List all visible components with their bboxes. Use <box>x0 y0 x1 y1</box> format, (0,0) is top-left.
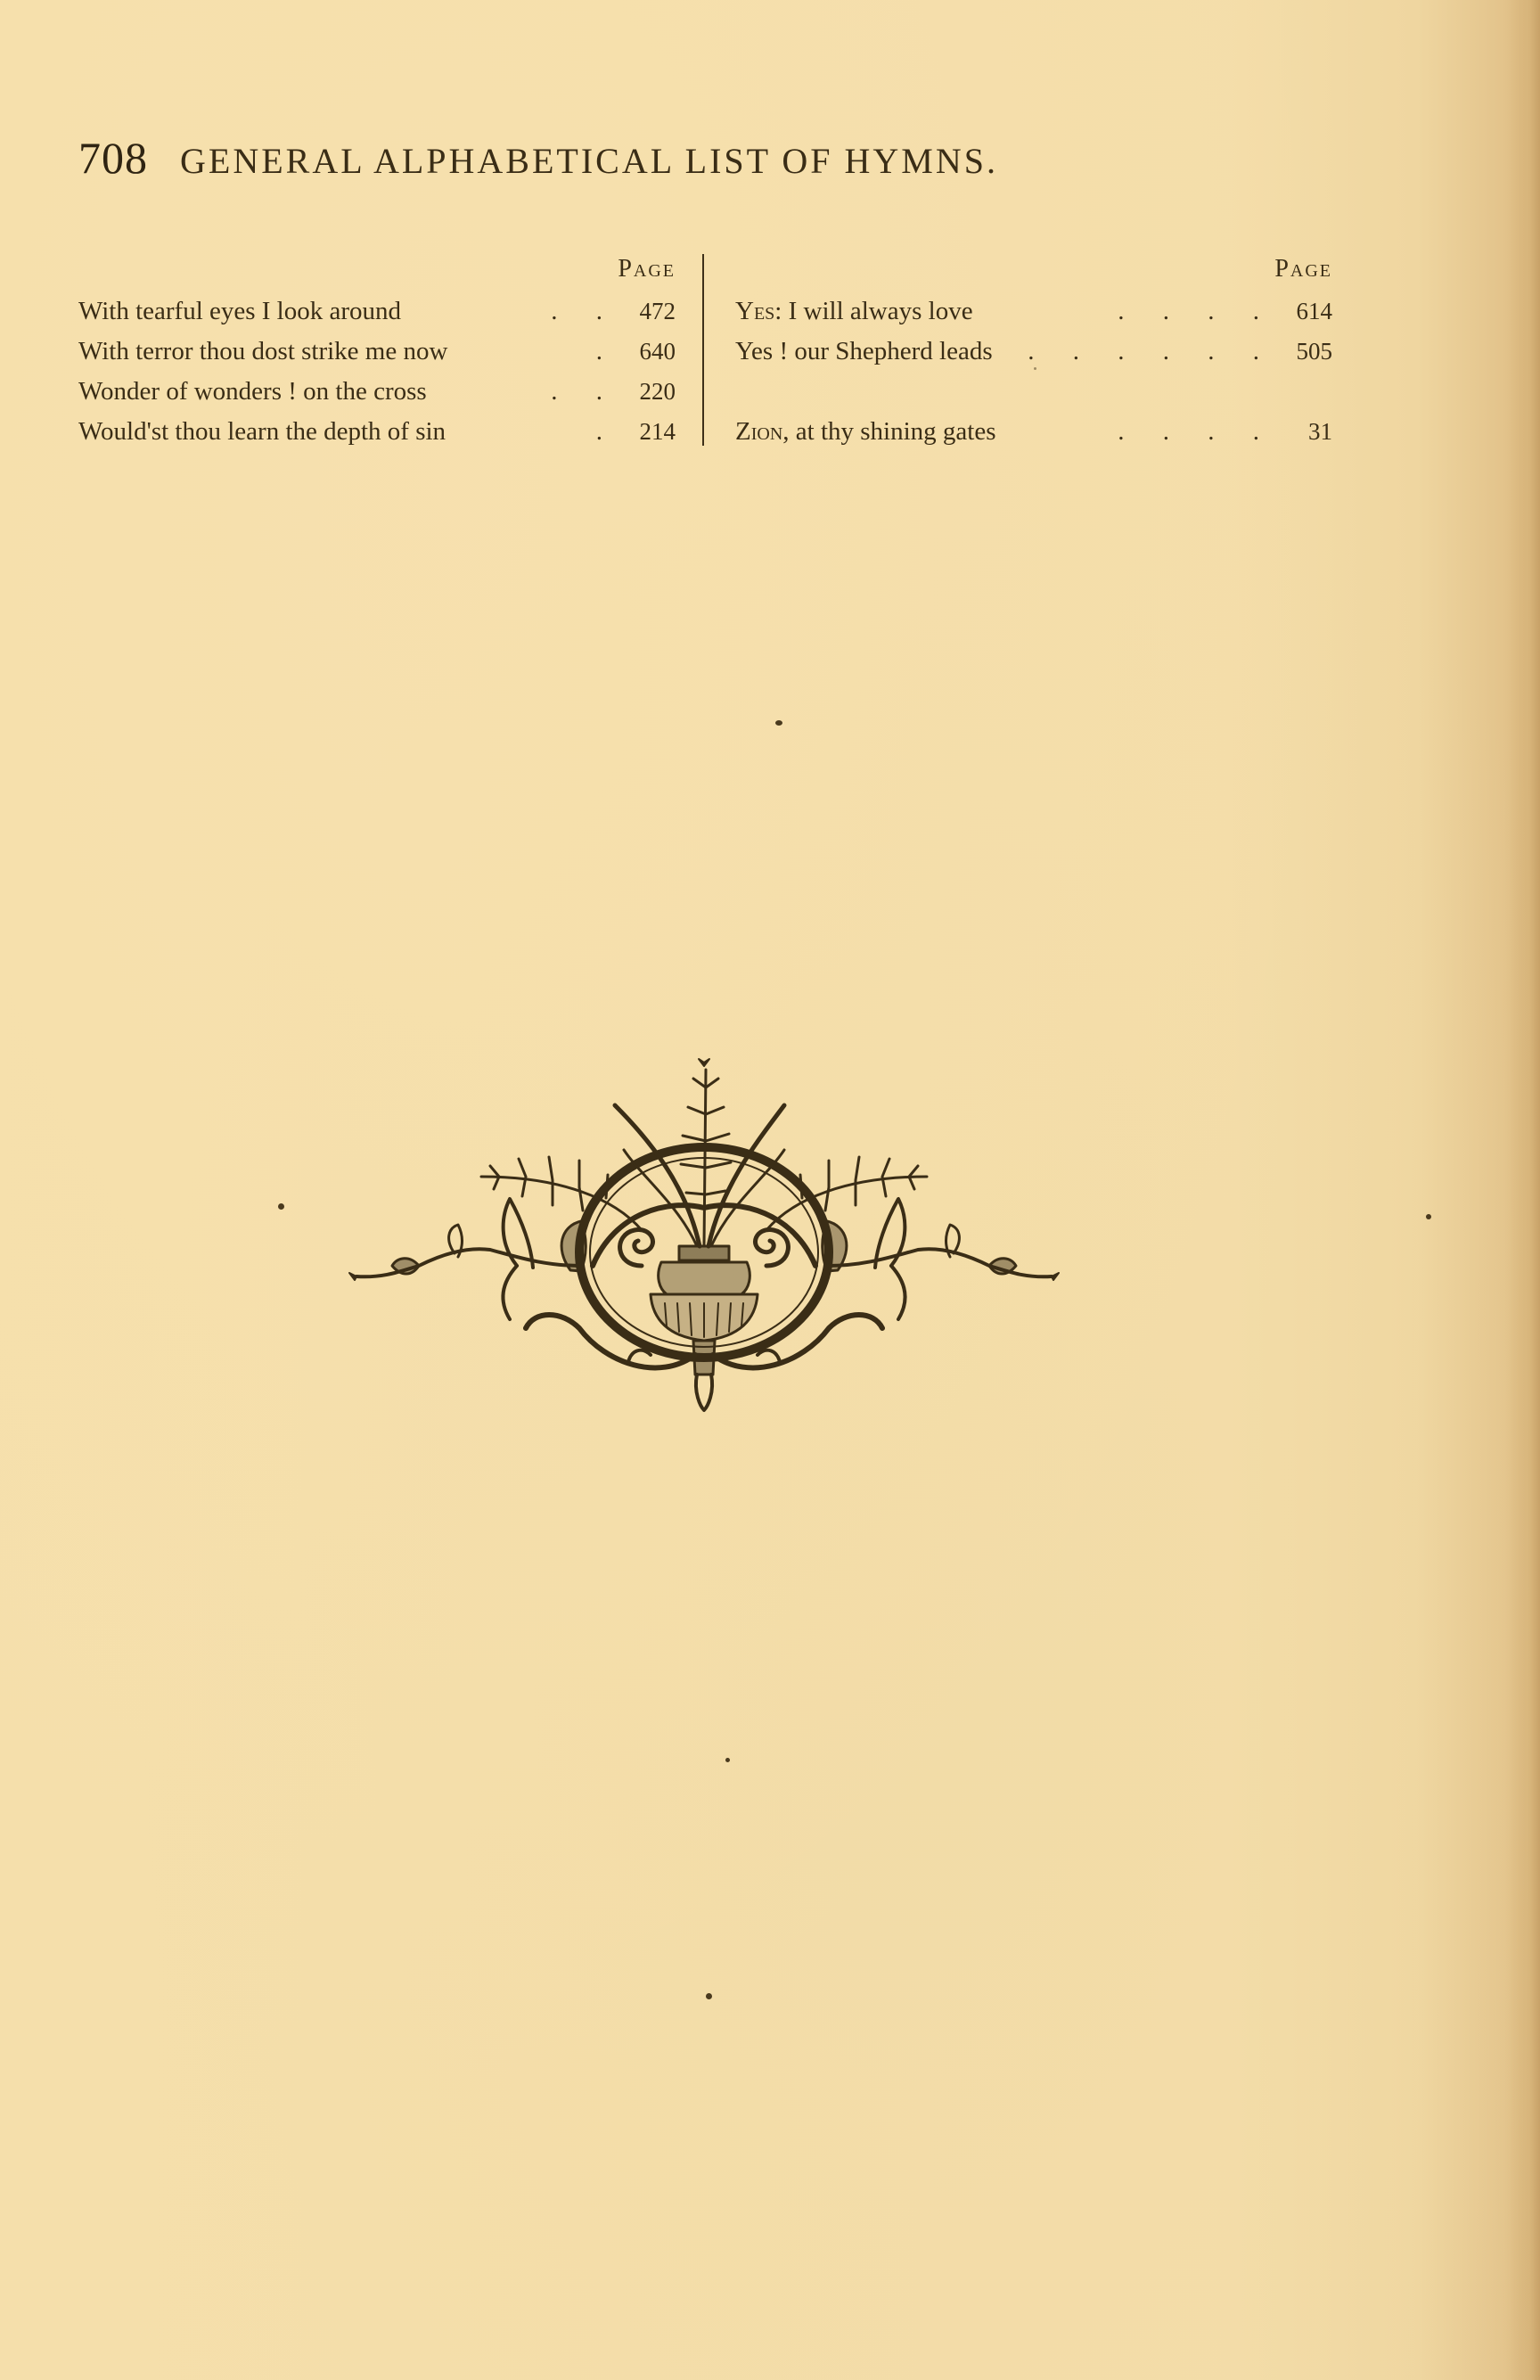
hymn-title: With terror thou dost strike me now <box>78 332 447 372</box>
hymn-page-number: 31 <box>1281 412 1332 452</box>
hymn-title-rest: Yes ! our Shepherd leads <box>735 337 993 365</box>
initial-word-small-caps: Zion <box>735 417 782 446</box>
hymn-title: Yes: I will always love <box>735 291 973 332</box>
running-header: 708 GENERAL ALPHABETICAL LIST OF HYMNS. <box>78 132 998 184</box>
column-divider-rule <box>702 254 704 446</box>
page-title: GENERAL ALPHABETICAL LIST OF HYMNS. <box>180 140 998 182</box>
paper-speck <box>706 1993 712 1999</box>
letter-group-gap <box>735 372 1332 412</box>
dot-leader: . . . . <box>996 412 1282 452</box>
paper-speck <box>725 1758 730 1762</box>
page-column-label: Page <box>735 251 1332 291</box>
index-entry: Yes: I will always love . . . . 614 <box>735 291 1332 332</box>
index-column-left: Page With tearful eyes I look around . .… <box>78 251 676 452</box>
hymn-page-number: 614 <box>1281 291 1332 332</box>
page-column-label: Page <box>78 251 676 291</box>
page-number: 708 <box>78 132 148 184</box>
dot-leader: . . <box>401 291 624 332</box>
dot-leader: . . <box>427 372 624 412</box>
hymn-page-number: 220 <box>624 372 676 412</box>
hymn-page-number: 214 <box>624 412 676 452</box>
hymn-title-rest: , at thy shining gates <box>782 417 995 446</box>
dot-leader: . . . . . . <box>993 332 1281 372</box>
hymn-title: With tearful eyes I look around <box>78 291 401 332</box>
vase-with-foliage-ornament-icon <box>348 1043 1061 1417</box>
hymn-title-rest: : I will always love <box>774 297 972 325</box>
dot-leader: . <box>446 412 624 452</box>
hymn-title: Wonder of wonders ! on the cross <box>78 372 427 412</box>
hymn-page-number: 505 <box>1281 332 1332 372</box>
initial-word-small-caps: Yes <box>735 297 774 325</box>
hymn-page-number: 640 <box>624 332 676 372</box>
index-entry: With terror thou dost strike me now . 64… <box>78 332 676 372</box>
paper-speck <box>775 720 782 726</box>
page-edge-shadow <box>1504 0 1540 2380</box>
index-entry: Zion, at thy shining gates . . . . 31 <box>735 412 1332 452</box>
hymn-title: Would'st thou learn the depth of sin <box>78 412 446 452</box>
index-entry: With tearful eyes I look around . . 472 <box>78 291 676 332</box>
paper-speck <box>1426 1214 1431 1219</box>
dot-leader: . <box>447 332 624 372</box>
index-entry: Wonder of wonders ! on the cross . . 220 <box>78 372 676 412</box>
index-entry: Yes ! our Shepherd leads . . . . . . 505 <box>735 332 1332 372</box>
hymn-title: Yes ! our Shepherd leads <box>735 332 993 372</box>
dot-leader: . . . . <box>973 291 1281 332</box>
hymn-page-number: 472 <box>624 291 676 332</box>
index-column-right: Page Yes: I will always love . . . . 614… <box>735 251 1332 452</box>
paper-speck <box>1034 367 1036 370</box>
paper-speck <box>278 1203 284 1210</box>
hymn-title: Zion, at thy shining gates <box>735 412 996 452</box>
index-entry: Would'st thou learn the depth of sin . 2… <box>78 412 676 452</box>
